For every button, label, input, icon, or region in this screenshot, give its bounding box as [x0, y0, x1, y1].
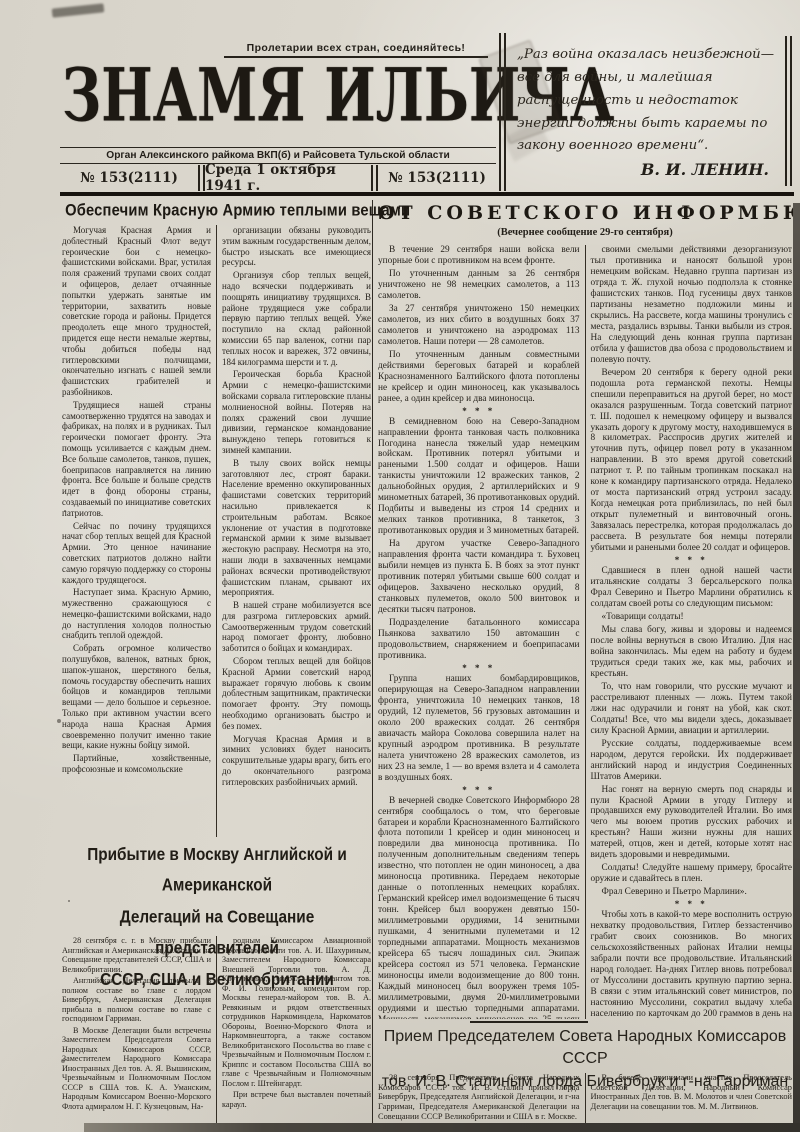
paragraph: На другом участке Северо-Западного напра…	[378, 539, 580, 616]
paragraph: В нашей стране мобилизуется все для разг…	[222, 600, 371, 654]
paragraph: Чтобы хоть в какой-то мере восполнить ос…	[591, 910, 793, 1019]
paragraph: Вечером 20 сентября к берегу одной реки …	[591, 368, 793, 554]
quote-author: В. И. ЛЕНИН.	[517, 160, 769, 179]
section-separator: * * *	[591, 556, 793, 565]
paragraph: Солдаты! Следуйте нашему примеру, бросай…	[591, 863, 793, 885]
paragraph: родным Комиссаром Авиационной Промышленн…	[222, 936, 371, 1088]
article-column: В беседе принимали участие Председатель …	[585, 1073, 793, 1127]
paragraph: В Москве Делегации были встречены Замест…	[62, 1026, 211, 1112]
paragraph: Наступает зима. Красную Армию, мужествен…	[62, 587, 211, 641]
section-separator: * * *	[378, 664, 580, 673]
header-right-divider	[785, 36, 792, 186]
paragraph: По уточненным данным за 26 сентября унич…	[378, 269, 580, 302]
scan-edge-bottom	[84, 1123, 800, 1132]
article-column: В течение 29 сентября наши войска вели у…	[378, 245, 585, 1019]
paragraph: Подразделение батальонного комиссара Пья…	[378, 618, 580, 662]
newspaper-page: Пролетарии всех стран, соединяйтесь! ЗНА…	[0, 0, 800, 1132]
issue-number-right: № 153(2111)	[378, 165, 496, 191]
article-column: своими смелыми действиями дезорганизуют …	[585, 245, 793, 1019]
paragraph: Сейчас по почину трудящихся начат сбор т…	[62, 521, 211, 586]
paragraph: Фрал Северино и Пьетро Марлини».	[591, 887, 793, 898]
headline-warm-things: Обеспечим Красную Армию теплыми вещами	[65, 201, 369, 220]
dateline: № 153(2111) Среда 1 октября 1941 г. № 15…	[60, 165, 496, 191]
article-informburo: В течение 29 сентября наши войска вели у…	[378, 245, 792, 1019]
paragraph: Трудящиеся нашей страны самоотверженно т…	[62, 400, 211, 519]
paragraph: 28 сентября Председатель Совета Народных…	[378, 1073, 580, 1121]
article-stalin-reception: 28 сентября Председатель Совета Народных…	[378, 1073, 792, 1127]
dateline-divider	[198, 165, 205, 191]
paragraph: организации обязаны руководить этим важн…	[222, 225, 371, 268]
scan-corner-mark	[52, 3, 105, 17]
paragraph: Собрать огромное количество полушубков, …	[62, 643, 211, 751]
paragraph: Героическая борьба Красной Армии с немец…	[222, 369, 371, 455]
article-column: родным Комиссаром Авиационной Промышленн…	[216, 936, 371, 1126]
section-separator: * * *	[378, 786, 580, 795]
scan-edge-right	[793, 203, 800, 1132]
paragraph: По уточненным данным совместными действи…	[378, 350, 580, 405]
paragraph: Английская Делегация прибыла в полном со…	[62, 976, 211, 1024]
section-rule	[470, 1021, 588, 1023]
scan-speckles	[62, 300, 64, 302]
headline-informburo: ОТ СОВЕТСКОГО ИНФОРМБЮРО	[378, 202, 792, 224]
paragraph: В беседе принимали участие Председатель …	[591, 1073, 793, 1112]
section-separator: * * *	[591, 900, 793, 909]
paragraph: В семидневном бою на Северо-Западном нап…	[378, 417, 580, 538]
paragraph: 28 сентября с. г. в Москву прибыли Англи…	[62, 936, 211, 974]
paragraph: Сдавшиеся в плен одной нашей части италь…	[591, 566, 793, 610]
paragraph: То, что нам говорили, что русские мучают…	[591, 682, 793, 737]
paragraph: В течение 29 сентября наши войска вели у…	[378, 245, 580, 267]
paragraph: В тылу своих войск немцы заготовляют лес…	[222, 458, 371, 598]
paragraph: Могучая Красная Армия и доблестный Красн…	[62, 225, 211, 398]
article-warm-things: Могучая Красная Армия и доблестный Красн…	[62, 225, 372, 837]
dateline-divider	[371, 165, 378, 191]
article-column: 28 сентября с. г. в Москву прибыли Англи…	[62, 936, 216, 1126]
paragraph: Партийные, хозяйственные, профсоюзные и …	[62, 753, 211, 775]
article-delegations: 28 сентября с. г. в Москву прибыли Англи…	[62, 936, 372, 1126]
section-separator: * * *	[378, 407, 580, 416]
issue-date: Среда 1 октября 1941 г.	[205, 165, 371, 191]
paragraph: Русские солдаты, поддерживаемые всем нар…	[591, 739, 793, 783]
paragraph: За 27 сентября уничтожено 150 немецких с…	[378, 304, 580, 348]
paragraph: Мы слава богу, живы и здоровы и надеемся…	[591, 625, 793, 680]
paragraph: своими смелыми действиями дезорганизуют …	[591, 245, 793, 366]
paragraph: Нас гонят на верную смерть под снаряды и…	[591, 785, 793, 862]
paragraph: Группа наших бомбардировщиков, оперирующ…	[378, 674, 580, 784]
newspaper-title: ЗНАМЯ ИЛЬИЧА	[62, 52, 494, 138]
paragraph: Могучая Красная Армия и в зимних условия…	[222, 734, 371, 788]
lenin-quote: „Раз война оказалась неизбежной—все для …	[517, 44, 777, 158]
article-column: Могучая Красная Армия и доблестный Красн…	[62, 225, 216, 837]
article-column: организации обязаны руководить этим важн…	[216, 225, 371, 837]
article-column: 28 сентября Председатель Совета Народных…	[378, 1073, 585, 1127]
paragraph: Сбором теплых вещей для бойцов Красной А…	[222, 656, 371, 732]
paragraph: Организуя сбор теплых вещей, надо всячес…	[222, 270, 371, 367]
subhead-informburo: (Вечернее сообщение 29-го сентября)	[378, 227, 792, 238]
paragraph: При встрече был выставлен почетный карау…	[222, 1090, 371, 1109]
column-rule-main	[372, 200, 373, 1128]
masthead-rule	[60, 192, 794, 196]
paragraph: В вечерней сводке Советского Информбюро …	[378, 796, 580, 1019]
paragraph: «Товарищи солдаты!	[591, 612, 793, 623]
issue-number-left: № 153(2111)	[60, 165, 198, 191]
